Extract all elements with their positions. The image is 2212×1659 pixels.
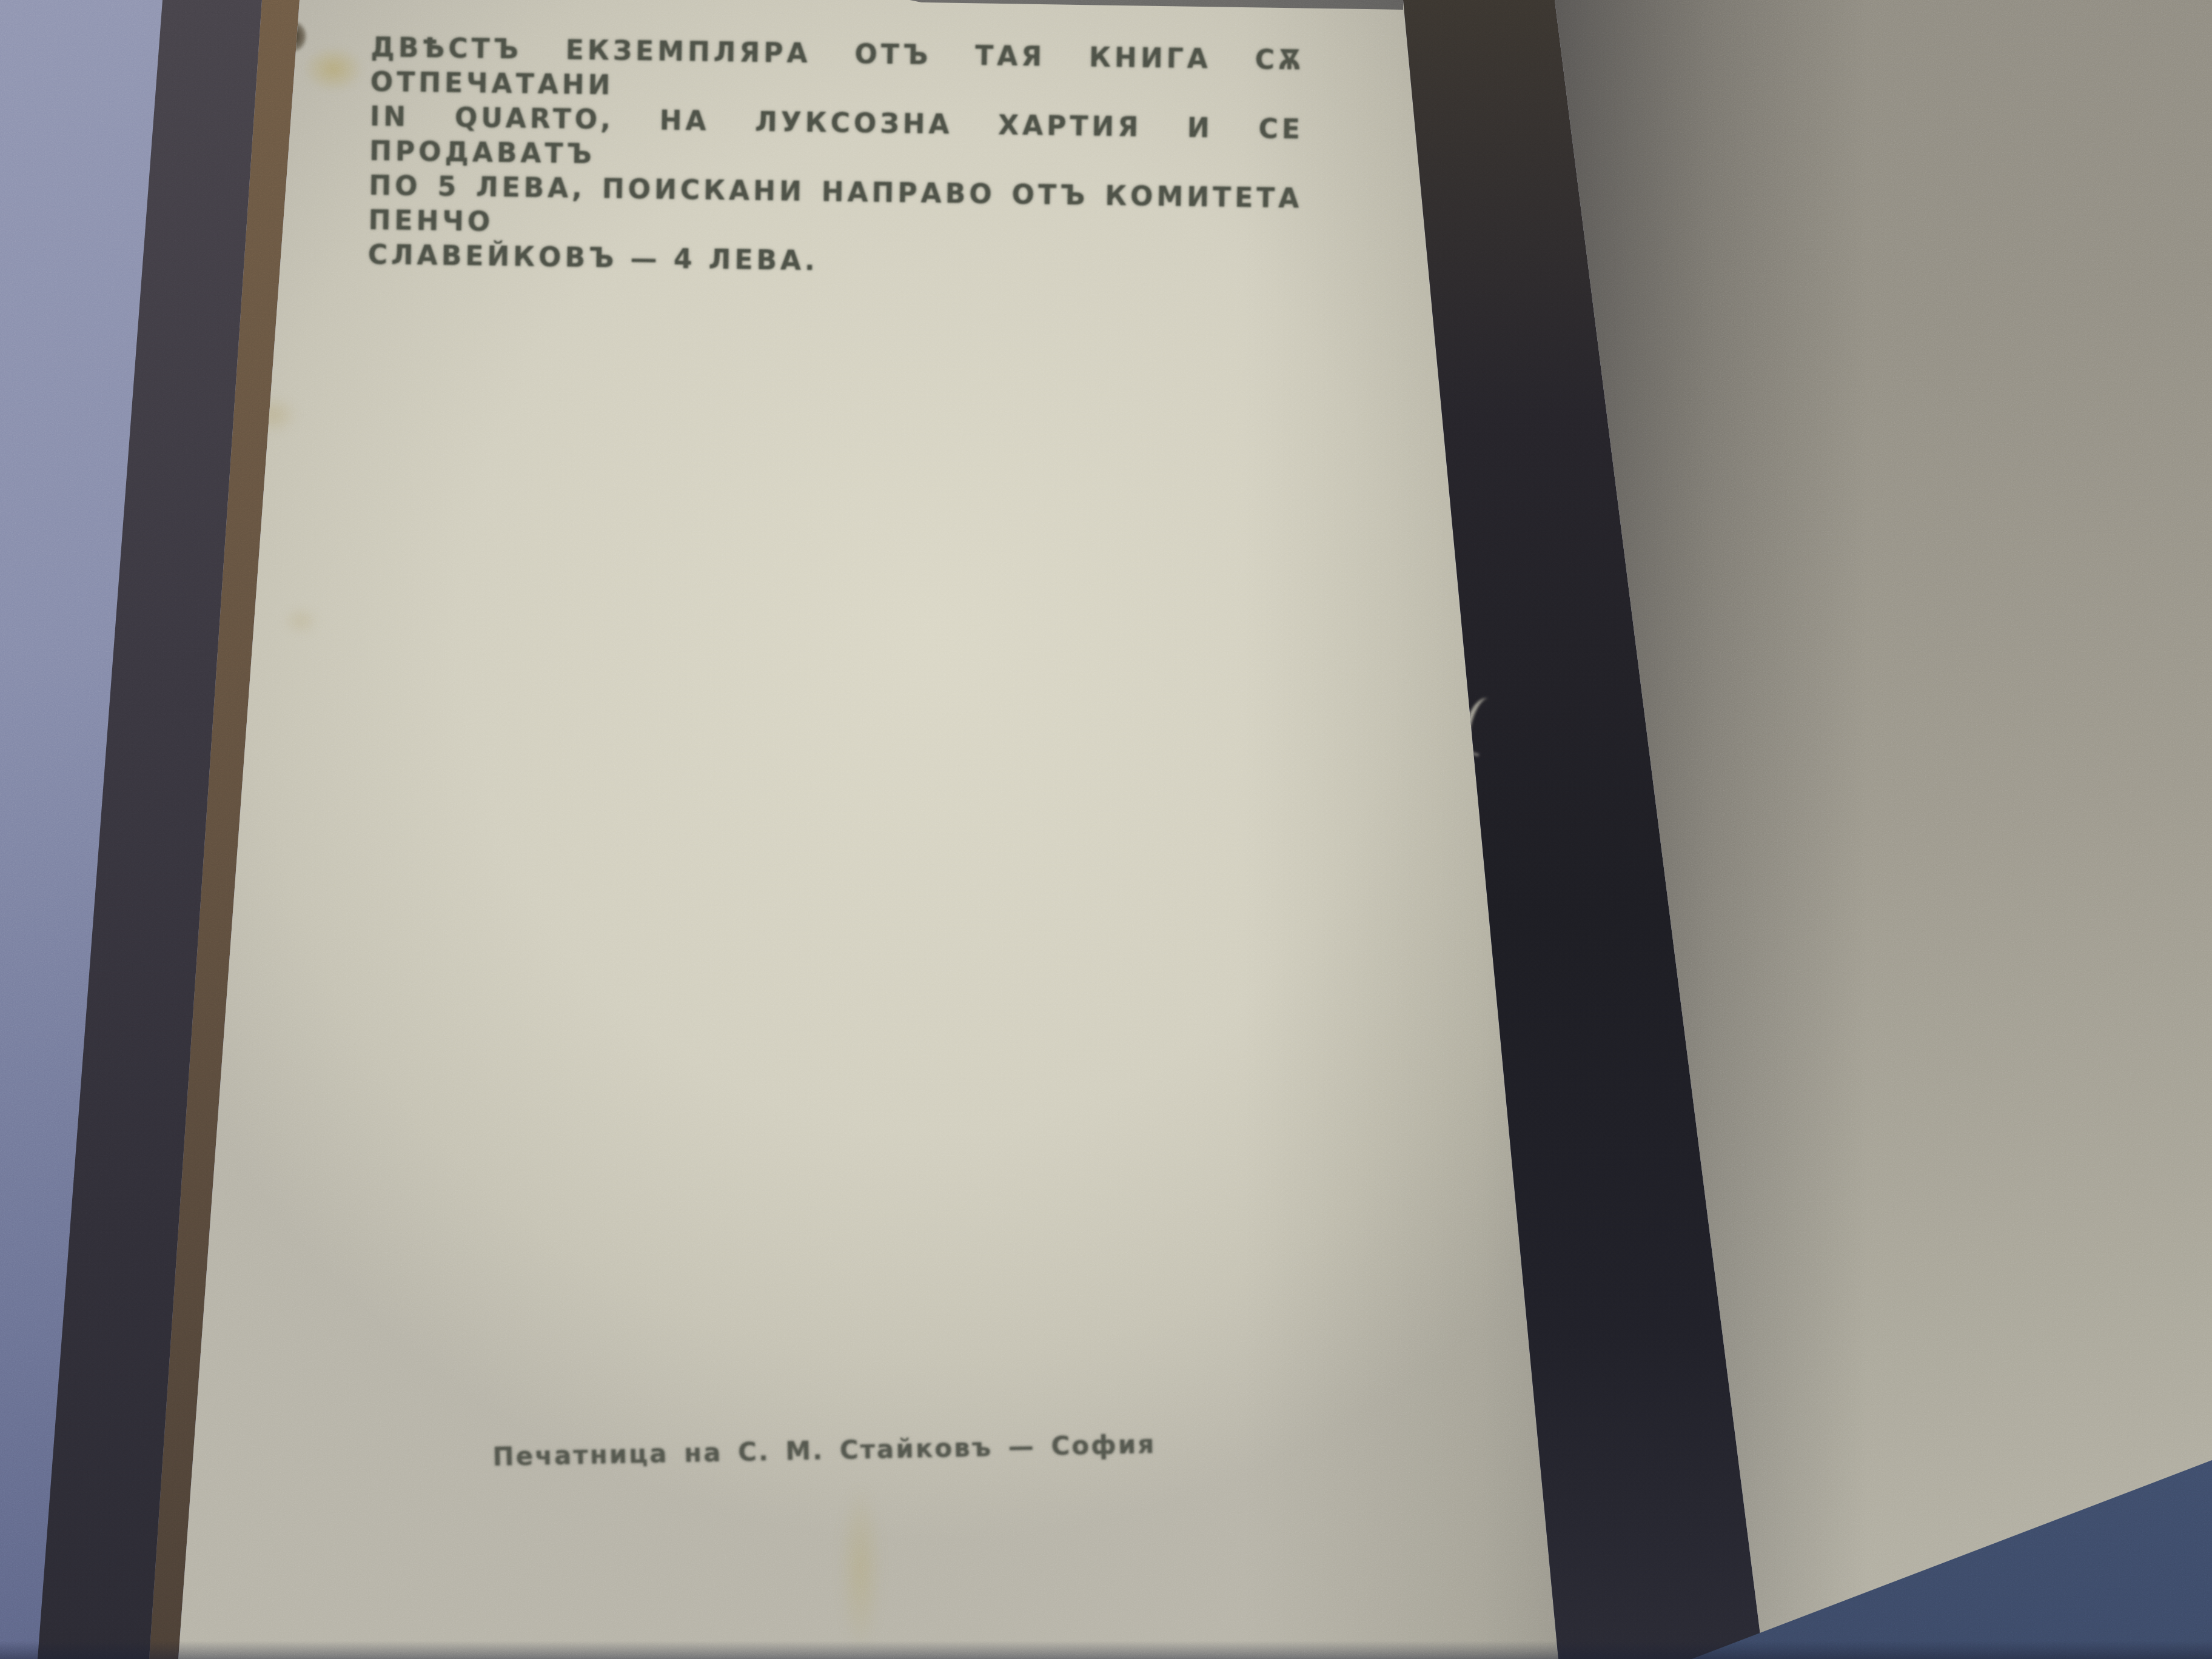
book-photograph: ДВѢСТЪ ЕКЗЕМПЛЯРА ОТЪ ТАЯ КНИГА СѪ ОТПЕЧ… xyxy=(0,0,2212,1659)
vignette-overlay xyxy=(0,0,2212,1659)
